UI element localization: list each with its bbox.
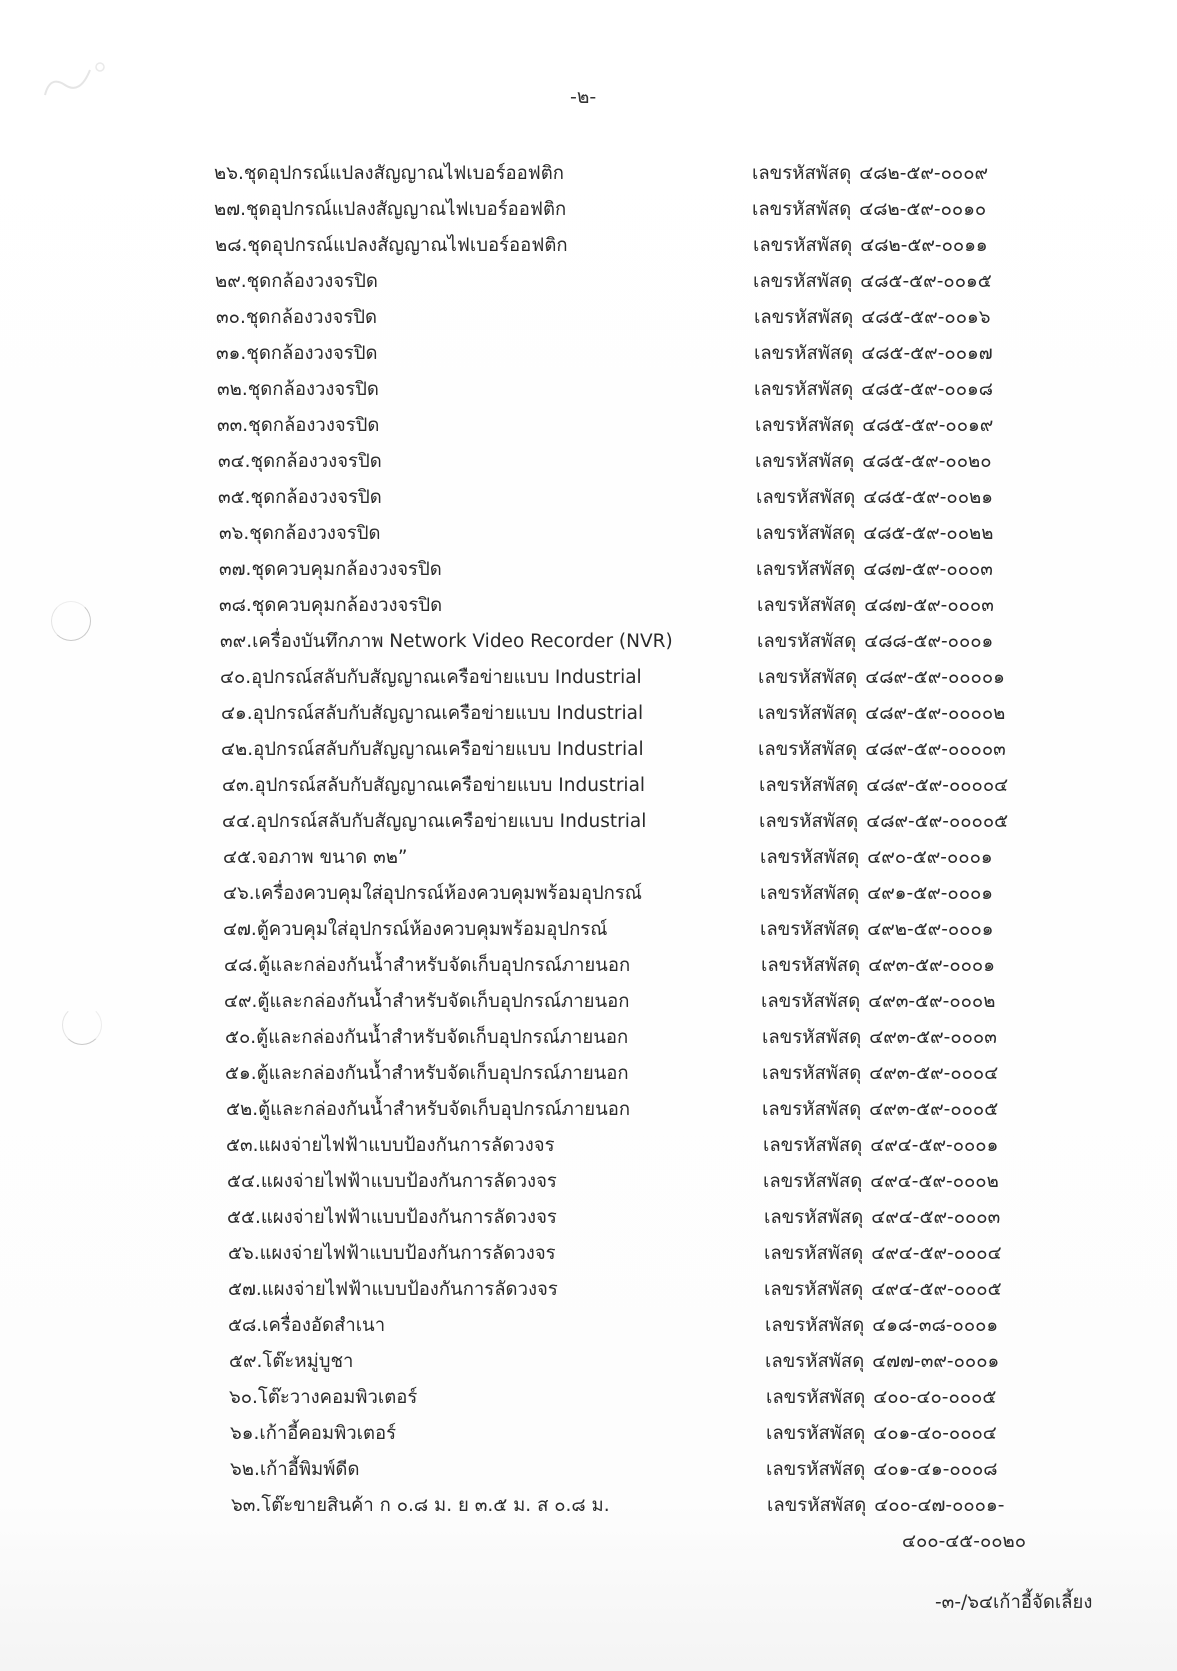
code-value: ๔๘๒-๕๙-๐๐๐๙ <box>859 163 988 184</box>
item-code: เลขรหัสพัสดุ๔๐๐-๔๗-๐๐๐๑- <box>767 1488 1004 1524</box>
page-number: -๒- <box>570 82 596 112</box>
item-name: ๓๑.ชุดกล้องวงจรปิด <box>216 336 377 372</box>
list-item: ๕๖.แผงจ่ายไฟฟ้าแบบป้องกันการลัดวงจรเลขรห… <box>0 1236 1177 1272</box>
list-item: ๓๗.ชุดควบคุมกล้องวงจรปิดเลขรหัสพัสดุ๔๘๗-… <box>0 552 1177 588</box>
item-name: ๓๘.ชุดควบคุมกล้องวงจรปิด <box>219 588 442 624</box>
item-code: เลขรหัสพัสดุ๔๙๔-๕๙-๐๐๐๑ <box>763 1128 998 1164</box>
item-code: เลขรหัสพัสดุ๔๐๑-๔๐-๐๐๐๔ <box>766 1416 997 1452</box>
item-code: เลขรหัสพัสดุ๔๙๓-๕๙-๐๐๐๕ <box>762 1092 998 1128</box>
list-item: ๓๙.เครื่องบันทึกภาพ Network Video Record… <box>0 624 1177 660</box>
item-code: เลขรหัสพัสดุ๔๙๔-๕๙-๐๐๐๕ <box>764 1272 1002 1308</box>
code-label: เลขรหัสพัสดุ <box>761 955 860 976</box>
item-code: เลขรหัสพัสดุ๔๙๓-๕๙-๐๐๐๔ <box>762 1056 998 1092</box>
item-code: เลขรหัสพัสดุ๔๙๓-๕๙-๐๐๐๓ <box>762 1020 997 1056</box>
code-value: ๔๘๘-๕๙-๐๐๐๑ <box>864 631 993 652</box>
code-value: ๔๙๐-๕๙-๐๐๐๑ <box>867 847 992 868</box>
item-code: เลขรหัสพัสดุ๔๙๔-๕๙-๐๐๐๒ <box>763 1164 999 1200</box>
list-item: ๕๒.ตู้และกล่องกันน้ำสำหรับจัดเก็บอุปกรณ์… <box>0 1092 1177 1128</box>
code-label: เลขรหัสพัสดุ <box>764 1207 863 1228</box>
item-name: ๓๐.ชุดกล้องวงจรปิด <box>216 300 377 336</box>
item-name: ๔๑.อุปกรณ์สลับกับสัญญาณเครือข่ายแบบ Indu… <box>221 696 643 732</box>
code-label: เลขรหัสพัสดุ <box>752 199 851 220</box>
list-item: ๖๑.เก้าอี้คอมพิวเตอร์เลขรหัสพัสดุ๔๐๑-๔๐-… <box>0 1416 1177 1452</box>
code-label: เลขรหัสพัสดุ <box>752 163 851 184</box>
list-item: ๕๐.ตู้และกล่องกันน้ำสำหรับจัดเก็บอุปกรณ์… <box>0 1020 1177 1056</box>
list-item: ๔๒.อุปกรณ์สลับกับสัญญาณเครือข่ายแบบ Indu… <box>0 732 1177 768</box>
item-name: ๓๗.ชุดควบคุมกล้องวงจรปิด <box>219 552 442 588</box>
code-label: เลขรหัสพัสดุ <box>764 1243 863 1264</box>
code-continuation-row: ๔๐๐-๔๕-๐๐๒๐ <box>0 1524 1177 1560</box>
code-value: ๔๐๑-๔๑-๐๐๐๘ <box>873 1459 997 1480</box>
item-code: เลขรหัสพัสดุ๔๘๕-๕๙-๐๐๑๙ <box>755 408 993 444</box>
code-label: เลขรหัสพัสดุ <box>766 1423 865 1444</box>
code-label: เลขรหัสพัสดุ <box>754 343 853 364</box>
list-item: ๖๐.โต๊ะวางคอมพิวเตอร์เลขรหัสพัสดุ๔๐๐-๔๐-… <box>0 1380 1177 1416</box>
item-code: เลขรหัสพัสดุ๔๘๒-๕๙-๐๐๑๐ <box>752 192 986 228</box>
item-code: เลขรหัสพัสดุ๔๐๐-๔๐-๐๐๐๕ <box>766 1380 996 1416</box>
code-value: ๔๙๓-๕๙-๐๐๐๕ <box>869 1099 998 1120</box>
item-name: ๕๐.ตู้และกล่องกันน้ำสำหรับจัดเก็บอุปกรณ์… <box>225 1020 628 1056</box>
code-value: ๔๘๕-๕๙-๐๐๑๗ <box>861 343 992 364</box>
list-item: ๓๓.ชุดกล้องวงจรปิดเลขรหัสพัสดุ๔๘๕-๕๙-๐๐๑… <box>0 408 1177 444</box>
item-name: ๕๘.เครื่องอัดสำเนา <box>228 1308 385 1344</box>
code-label: เลขรหัสพัสดุ <box>754 379 853 400</box>
code-value: ๔๙๓-๕๙-๐๐๐๔ <box>869 1063 998 1084</box>
list-item: ๕๓.แผงจ่ายไฟฟ้าแบบป้องกันการลัดวงจรเลขรห… <box>0 1128 1177 1164</box>
code-label: เลขรหัสพัสดุ <box>766 1387 865 1408</box>
item-name: ๒๙.ชุดกล้องวงจรปิด <box>215 264 378 300</box>
item-code: เลขรหัสพัสดุ๔๘๙-๕๙-๐๐๐๐๕ <box>759 804 1008 840</box>
code-value: ๔๘๗-๕๙-๐๐๐๓ <box>864 595 994 616</box>
code-value: ๔๙๓-๕๙-๐๐๐๓ <box>869 1027 997 1048</box>
code-value: ๔๘๙-๕๙-๐๐๐๐๔ <box>866 775 1008 796</box>
code-value: ๔๘๕-๕๙-๐๐๒๑ <box>863 487 993 508</box>
item-code: เลขรหัสพัสดุ๔๙๑-๕๙-๐๐๐๑ <box>760 876 993 912</box>
item-name: ๔๔.อุปกรณ์สลับกับสัญญาณเครือข่ายแบบ Indu… <box>222 804 646 840</box>
item-name: ๕๕.แผงจ่ายไฟฟ้าแบบป้องกันการลัดวงจร <box>227 1200 557 1236</box>
code-label: เลขรหัสพัสดุ <box>762 1063 861 1084</box>
item-name: ๕๗.แผงจ่ายไฟฟ้าแบบป้องกันการลัดวงจร <box>228 1272 558 1308</box>
item-name: ๔๙.ตู้และกล่องกันน้ำสำหรับจัดเก็บอุปกรณ์… <box>224 984 629 1020</box>
code-label: เลขรหัสพัสดุ <box>762 1099 861 1120</box>
code-label: เลขรหัสพัสดุ <box>753 235 852 256</box>
item-name: ๒๘.ชุดอุปกรณ์แปลงสัญญาณไฟเบอร์ออฟติก <box>215 228 568 264</box>
item-code: เลขรหัสพัสดุ๔๘๕-๕๙-๐๐๑๖ <box>754 300 990 336</box>
item-name: ๖๓.โต๊ะขายสินค้า ก ๐.๘ ม. ย ๓.๕ ม. ส ๐.๘… <box>231 1488 610 1524</box>
code-value: ๔๘๕-๕๙-๐๐๒๒ <box>863 523 993 544</box>
item-code: เลขรหัสพัสดุ๔๘๙-๕๙-๐๐๐๐๔ <box>759 768 1008 804</box>
item-code: เลขรหัสพัสดุ๔๙๐-๕๙-๐๐๐๑ <box>760 840 993 876</box>
item-name: ๖๒.เก้าอี้พิมพ์ดีด <box>230 1452 359 1488</box>
list-item: ๔๔.อุปกรณ์สลับกับสัญญาณเครือข่ายแบบ Indu… <box>0 804 1177 840</box>
code-label: เลขรหัสพัสดุ <box>763 1171 862 1192</box>
item-code: เลขรหัสพัสดุ๔๘๗-๕๙-๐๐๐๓ <box>756 552 993 588</box>
item-code: เลขรหัสพัสดุ๔๘๕-๕๙-๐๐๑๕ <box>753 264 992 300</box>
item-name: ๓๕.ชุดกล้องวงจรปิด <box>218 480 382 516</box>
item-name: ๓๖.ชุดกล้องวงจรปิด <box>219 516 380 552</box>
item-name: ๔๖.เครื่องควบคุมใส่อุปกรณ์ห้องควบคุมพร้อ… <box>223 876 642 912</box>
item-code: เลขรหัสพัสดุ๔๘๙-๕๙-๐๐๐๐๒ <box>758 696 1005 732</box>
code-label: เลขรหัสพัสดุ <box>756 487 855 508</box>
code-value: ๔๙๒-๕๙-๐๐๐๑ <box>867 919 993 940</box>
list-item: ๔๐.อุปกรณ์สลับกับสัญญาณเครือข่ายแบบ Indu… <box>0 660 1177 696</box>
list-item: ๓๑.ชุดกล้องวงจรปิดเลขรหัสพัสดุ๔๘๕-๕๙-๐๐๑… <box>0 336 1177 372</box>
list-item: ๕๙.โต๊ะหมู่บูชาเลขรหัสพัสดุ๔๗๗-๓๙-๐๐๐๑ <box>0 1344 1177 1380</box>
code-label: เลขรหัสพัสดุ <box>756 559 855 580</box>
item-name: ๓๙.เครื่องบันทึกภาพ Network Video Record… <box>220 624 673 660</box>
document-page: -๒- ๒๖.ชุดอุปกรณ์แปลงสัญญาณไฟเบอร์ออฟติก… <box>0 0 1177 1671</box>
code-label: เลขรหัสพัสดุ <box>759 811 858 832</box>
code-value: ๔๘๕-๕๙-๐๐๒๐ <box>862 451 991 472</box>
code-value: ๔๙๔-๕๙-๐๐๐๒ <box>870 1171 999 1192</box>
item-name: ๔๓.อุปกรณ์สลับกับสัญญาณเครือข่ายแบบ Indu… <box>222 768 645 804</box>
code-label: เลขรหัสพัสดุ <box>758 703 857 724</box>
code-value: ๔๐๑-๔๐-๐๐๐๔ <box>873 1423 997 1444</box>
faint-stamp-mark <box>30 55 120 115</box>
item-code: เลขรหัสพัสดุ๔๘๕-๕๙-๐๐๑๗ <box>754 336 993 372</box>
code-label: เลขรหัสพัสดุ <box>766 1459 865 1480</box>
item-code: เลขรหัสพัสดุ๔๐๑-๔๑-๐๐๐๘ <box>766 1452 998 1488</box>
code-value: ๔๘๙-๕๙-๐๐๐๐๑ <box>865 667 1005 688</box>
list-item: ๕๗.แผงจ่ายไฟฟ้าแบบป้องกันการลัดวงจรเลขรห… <box>0 1272 1177 1308</box>
list-item: ๔๖.เครื่องควบคุมใส่อุปกรณ์ห้องควบคุมพร้อ… <box>0 876 1177 912</box>
item-name: ๔๘.ตู้และกล่องกันน้ำสำหรับจัดเก็บอุปกรณ์… <box>224 948 630 984</box>
code-label: เลขรหัสพัสดุ <box>758 739 857 760</box>
item-name: ๕๑.ตู้และกล่องกันน้ำสำหรับจัดเก็บอุปกรณ์… <box>225 1056 629 1092</box>
list-item: ๓๒.ชุดกล้องวงจรปิดเลขรหัสพัสดุ๔๘๕-๕๙-๐๐๑… <box>0 372 1177 408</box>
code-value: ๔๙๔-๕๙-๐๐๐๕ <box>871 1279 1001 1300</box>
list-item: ๔๘.ตู้และกล่องกันน้ำสำหรับจัดเก็บอุปกรณ์… <box>0 948 1177 984</box>
list-item: ๒๗.ชุดอุปกรณ์แปลงสัญญาณไฟเบอร์ออฟติกเลขร… <box>0 192 1177 228</box>
item-name: ๔๗.ตู้ควบคุมใส่อุปกรณ์ห้องควบคุมพร้อมอุป… <box>223 912 607 948</box>
item-code: เลขรหัสพัสดุ๔๙๓-๕๙-๐๐๐๑ <box>761 948 995 984</box>
code-label: เลขรหัสพัสดุ <box>759 775 858 796</box>
list-item: ๓๘.ชุดควบคุมกล้องวงจรปิดเลขรหัสพัสดุ๔๘๗-… <box>0 588 1177 624</box>
list-item: ๒๖.ชุดอุปกรณ์แปลงสัญญาณไฟเบอร์ออฟติกเลขร… <box>0 156 1177 192</box>
list-item: ๕๔.แผงจ่ายไฟฟ้าแบบป้องกันการลัดวงจรเลขรห… <box>0 1164 1177 1200</box>
code-value: ๔๘๕-๕๙-๐๐๑๙ <box>862 415 993 436</box>
code-value: ๔๙๓-๕๙-๐๐๐๑ <box>868 955 995 976</box>
code-label: เลขรหัสพัสดุ <box>756 523 855 544</box>
list-item: ๒๘.ชุดอุปกรณ์แปลงสัญญาณไฟเบอร์ออฟติกเลขร… <box>0 228 1177 264</box>
code-value: ๔๘๕-๕๙-๐๐๑๘ <box>861 379 993 400</box>
item-code: เลขรหัสพัสดุ๔๘๕-๕๙-๐๐๒๐ <box>755 444 991 480</box>
code-value: ๔๙๔-๕๙-๐๐๐๔ <box>871 1243 1001 1264</box>
item-name: ๒๖.ชุดอุปกรณ์แปลงสัญญาณไฟเบอร์ออฟติก <box>214 156 564 192</box>
code-label: เลขรหัสพัสดุ <box>757 595 856 616</box>
item-name: ๓๔.ชุดกล้องวงจรปิด <box>218 444 382 480</box>
code-label: เลขรหัสพัสดุ <box>753 271 852 292</box>
code-value: ๔๙๑-๕๙-๐๐๐๑ <box>867 883 993 904</box>
list-item: ๖๓.โต๊ะขายสินค้า ก ๐.๘ ม. ย ๓.๕ ม. ส ๐.๘… <box>0 1488 1177 1524</box>
item-name: ๔๕.จอภาพ ขนาด ๓๒” <box>223 840 408 876</box>
code-label: เลขรหัสพัสดุ <box>758 667 857 688</box>
item-code: เลขรหัสพัสดุ๔๘๙-๕๙-๐๐๐๐๑ <box>758 660 1005 696</box>
item-name: ๖๑.เก้าอี้คอมพิวเตอร์ <box>230 1416 396 1452</box>
item-name: ๔๒.อุปกรณ์สลับกับสัญญาณเครือข่ายแบบ Indu… <box>221 732 644 768</box>
item-code: เลขรหัสพัสดุ๔๗๗-๓๙-๐๐๐๑ <box>765 1344 999 1380</box>
code-value: ๔๘๗-๕๙-๐๐๐๓ <box>863 559 993 580</box>
code-label: เลขรหัสพัสดุ <box>754 307 853 328</box>
code-label: เลขรหัสพัสดุ <box>765 1315 864 1336</box>
list-item: ๔๓.อุปกรณ์สลับกับสัญญาณเครือข่ายแบบ Indu… <box>0 768 1177 804</box>
item-code: เลขรหัสพัสดุ๔๘๙-๕๙-๐๐๐๐๓ <box>758 732 1006 768</box>
item-name: ๕๔.แผงจ่ายไฟฟ้าแบบป้องกันการลัดวงจร <box>227 1164 557 1200</box>
item-name: ๕๓.แผงจ่ายไฟฟ้าแบบป้องกันการลัดวงจร <box>226 1128 555 1164</box>
list-item: ๓๔.ชุดกล้องวงจรปิดเลขรหัสพัสดุ๔๘๕-๕๙-๐๐๒… <box>0 444 1177 480</box>
code-value: ๔๙๓-๕๙-๐๐๐๒ <box>868 991 995 1012</box>
list-item: ๓๖.ชุดกล้องวงจรปิดเลขรหัสพัสดุ๔๘๕-๕๙-๐๐๒… <box>0 516 1177 552</box>
code-value: ๔๗๗-๓๙-๐๐๐๑ <box>872 1351 999 1372</box>
list-item: ๔๗.ตู้ควบคุมใส่อุปกรณ์ห้องควบคุมพร้อมอุป… <box>0 912 1177 948</box>
next-page-note: -๓-/๖๔เก้าอี้จัดเลี้ยง <box>935 1588 1092 1617</box>
code-label: เลขรหัสพัสดุ <box>757 631 856 652</box>
code-label: เลขรหัสพัสดุ <box>767 1495 866 1516</box>
code-value: ๔๙๔-๕๙-๐๐๐๓ <box>871 1207 1000 1228</box>
item-name: ๖๐.โต๊ะวางคอมพิวเตอร์ <box>229 1380 417 1416</box>
item-name: ๒๗.ชุดอุปกรณ์แปลงสัญญาณไฟเบอร์ออฟติก <box>214 192 566 228</box>
item-code: เลขรหัสพัสดุ๔๘๕-๕๙-๐๐๒๒ <box>756 516 993 552</box>
code-value: ๔๘๙-๕๙-๐๐๐๐๓ <box>865 739 1006 760</box>
item-code: เลขรหัสพัสดุ๔๙๔-๕๙-๐๐๐๓ <box>764 1200 1000 1236</box>
code-label: เลขรหัสพัสดุ <box>761 991 860 1012</box>
code-label: เลขรหัสพัสดุ <box>765 1351 864 1372</box>
item-code: เลขรหัสพัสดุ๔๙๓-๕๙-๐๐๐๒ <box>761 984 995 1020</box>
code-value: ๔๑๘-๓๘-๐๐๐๑ <box>872 1315 998 1336</box>
item-code: เลขรหัสพัสดุ๔๘๗-๕๙-๐๐๐๓ <box>757 588 994 624</box>
item-name: ๓๒.ชุดกล้องวงจรปิด <box>217 372 379 408</box>
item-code: เลขรหัสพัสดุ๔๘๒-๕๙-๐๐๐๙ <box>752 156 988 192</box>
code-value: ๔๘๒-๕๙-๐๐๑๑ <box>860 235 987 256</box>
list-item: ๖๒.เก้าอี้พิมพ์ดีดเลขรหัสพัสดุ๔๐๑-๔๑-๐๐๐… <box>0 1452 1177 1488</box>
code-label: เลขรหัสพัสดุ <box>760 883 859 904</box>
item-name: ๓๓.ชุดกล้องวงจรปิด <box>217 408 379 444</box>
list-item: ๒๙.ชุดกล้องวงจรปิดเลขรหัสพัสดุ๔๘๕-๕๙-๐๐๑… <box>0 264 1177 300</box>
code-value: ๔๐๐-๔๕-๐๐๒๐ <box>902 1524 1026 1560</box>
code-value: ๔๘๕-๕๙-๐๐๑๖ <box>861 307 990 328</box>
code-label: เลขรหัสพัสดุ <box>763 1135 862 1156</box>
list-item: ๔๙.ตู้และกล่องกันน้ำสำหรับจัดเก็บอุปกรณ์… <box>0 984 1177 1020</box>
code-value: ๔๐๐-๔๗-๐๐๐๑- <box>874 1495 1004 1516</box>
code-value: ๔๐๐-๔๐-๐๐๐๕ <box>873 1387 996 1408</box>
code-value: ๔๙๔-๕๙-๐๐๐๑ <box>870 1135 998 1156</box>
list-item: ๔๕.จอภาพ ขนาด ๓๒”เลขรหัสพัสดุ๔๙๐-๕๙-๐๐๐๑ <box>0 840 1177 876</box>
code-label: เลขรหัสพัสดุ <box>760 847 859 868</box>
list-item: ๕๑.ตู้และกล่องกันน้ำสำหรับจัดเก็บอุปกรณ์… <box>0 1056 1177 1092</box>
list-item: ๓๐.ชุดกล้องวงจรปิดเลขรหัสพัสดุ๔๘๕-๕๙-๐๐๑… <box>0 300 1177 336</box>
list-item: ๕๘.เครื่องอัดสำเนาเลขรหัสพัสดุ๔๑๘-๓๘-๐๐๐… <box>0 1308 1177 1344</box>
code-label: เลขรหัสพัสดุ <box>764 1279 863 1300</box>
code-value: ๔๘๒-๕๙-๐๐๑๐ <box>859 199 986 220</box>
list-item: ๔๑.อุปกรณ์สลับกับสัญญาณเครือข่ายแบบ Indu… <box>0 696 1177 732</box>
item-code: เลขรหัสพัสดุ๔๘๒-๕๙-๐๐๑๑ <box>753 228 988 264</box>
item-code: เลขรหัสพัสดุ๔๙๒-๕๙-๐๐๐๑ <box>760 912 994 948</box>
code-value: ๔๘๕-๕๙-๐๐๑๕ <box>860 271 992 292</box>
item-name: ๕๙.โต๊ะหมู่บูชา <box>229 1344 353 1380</box>
code-value: ๔๘๙-๕๙-๐๐๐๐๕ <box>866 811 1008 832</box>
item-code: เลขรหัสพัสดุ๔๘๘-๕๙-๐๐๐๑ <box>757 624 993 660</box>
list-item: ๓๕.ชุดกล้องวงจรปิดเลขรหัสพัสดุ๔๘๕-๕๙-๐๐๒… <box>0 480 1177 516</box>
item-name: ๔๐.อุปกรณ์สลับกับสัญญาณเครือข่ายแบบ Indu… <box>220 660 642 696</box>
code-value: ๔๘๙-๕๙-๐๐๐๐๒ <box>865 703 1005 724</box>
code-label: เลขรหัสพัสดุ <box>762 1027 861 1048</box>
code-label: เลขรหัสพัสดุ <box>755 415 854 436</box>
item-code: เลขรหัสพัสดุ๔๘๕-๕๙-๐๐๒๑ <box>756 480 993 516</box>
item-code: เลขรหัสพัสดุ๔๑๘-๓๘-๐๐๐๑ <box>765 1308 998 1344</box>
item-code: เลขรหัสพัสดุ๔๙๔-๕๙-๐๐๐๔ <box>764 1236 1002 1272</box>
list-item: ๕๕.แผงจ่ายไฟฟ้าแบบป้องกันการลัดวงจรเลขรห… <box>0 1200 1177 1236</box>
code-label: เลขรหัสพัสดุ <box>755 451 854 472</box>
item-name: ๕๖.แผงจ่ายไฟฟ้าแบบป้องกันการลัดวงจร <box>228 1236 556 1272</box>
item-name: ๕๒.ตู้และกล่องกันน้ำสำหรับจัดเก็บอุปกรณ์… <box>226 1092 630 1128</box>
inventory-item-list: ๒๖.ชุดอุปกรณ์แปลงสัญญาณไฟเบอร์ออฟติกเลขร… <box>0 156 1177 1560</box>
item-code: เลขรหัสพัสดุ๔๘๕-๕๙-๐๐๑๘ <box>754 372 993 408</box>
code-label: เลขรหัสพัสดุ <box>760 919 859 940</box>
